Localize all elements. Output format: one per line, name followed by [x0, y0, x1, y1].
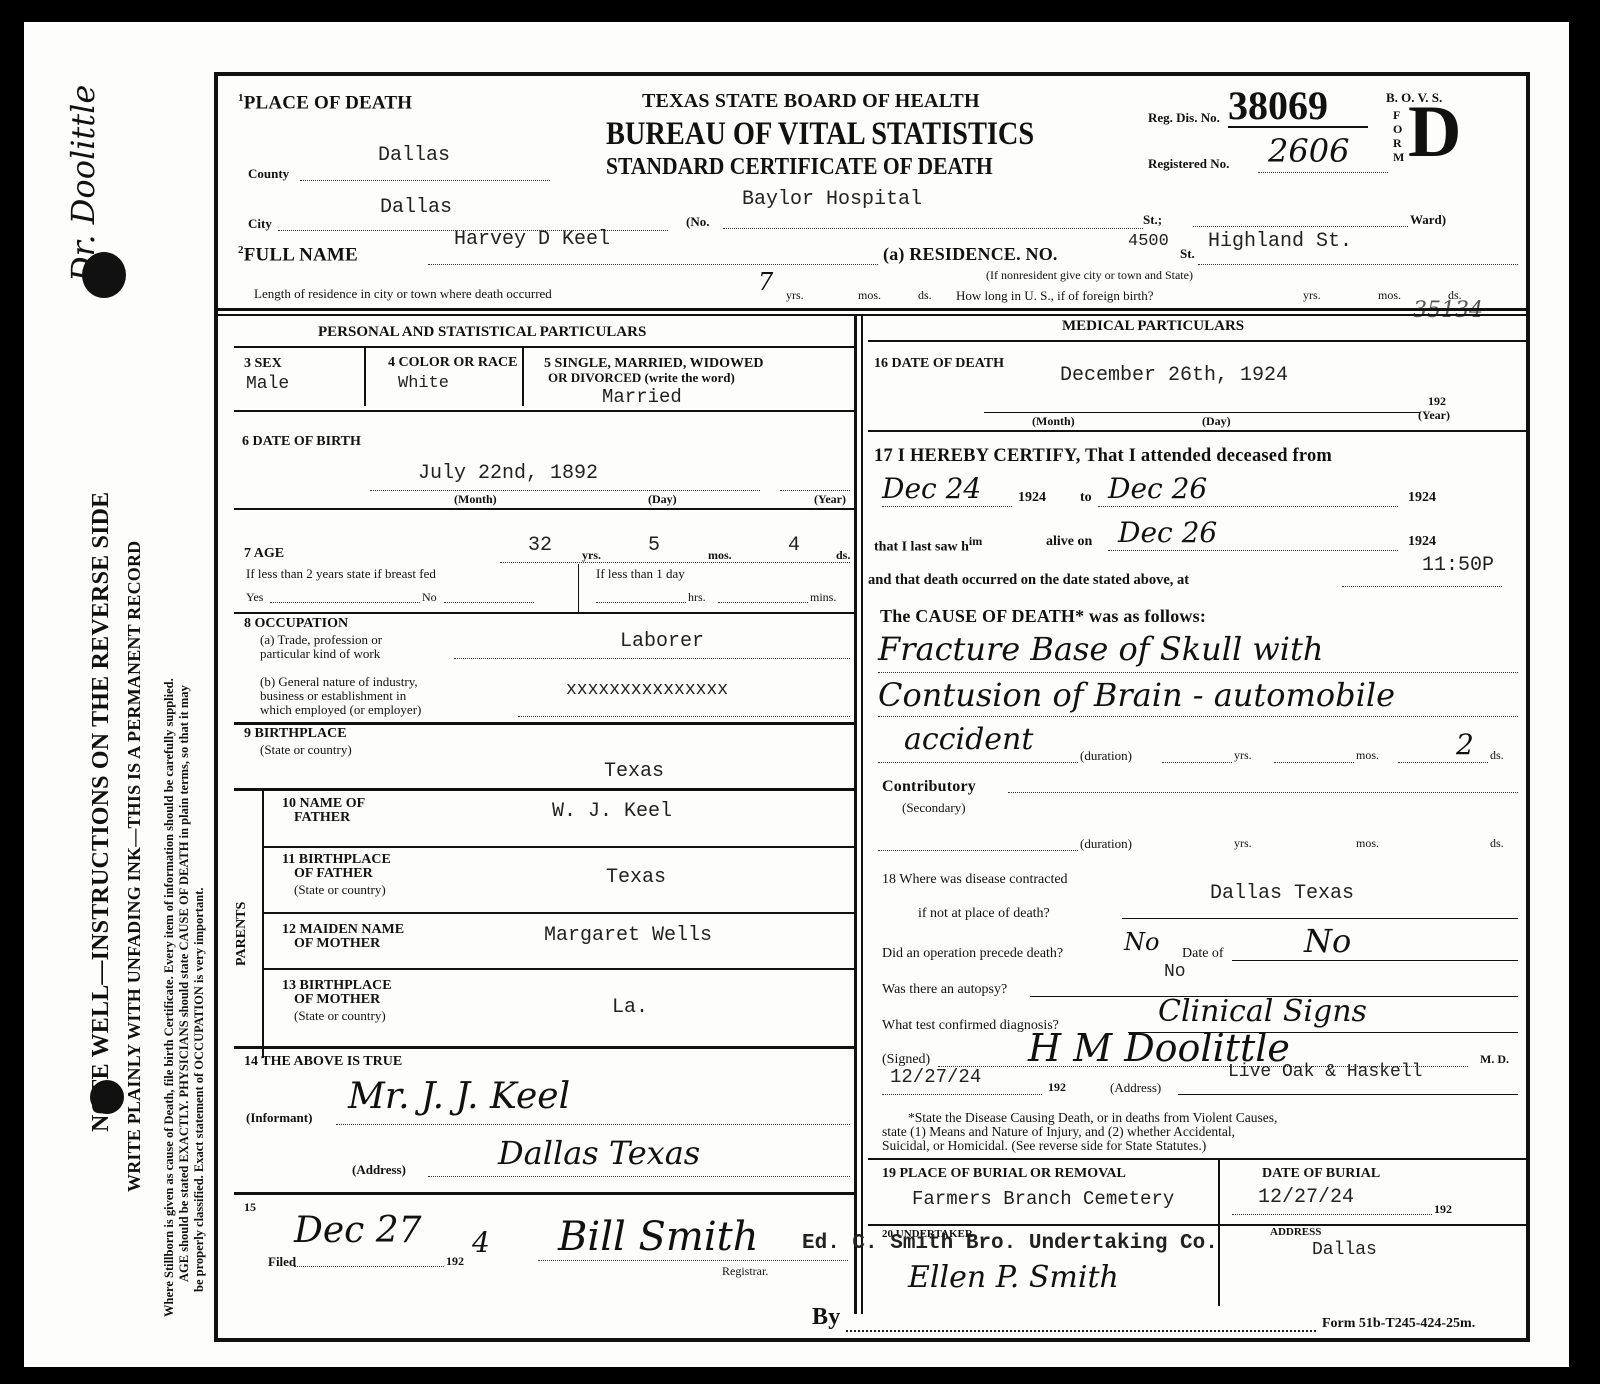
attended-to-year: 1924 [1408, 490, 1436, 506]
foreign-yrs-label: yrs. [1303, 288, 1321, 303]
breast-fed-label: If less than 2 years state if breast fed [246, 566, 436, 582]
where-contracted-label: 18 Where was disease contracted [882, 872, 1068, 888]
undertaker-address-label: ADDRESS [1270, 1226, 1321, 1238]
reg-district-label: Reg. Dis. No. [1148, 110, 1220, 126]
mother-name-value: Margaret Wells [544, 924, 712, 947]
street-no-label: (No. [686, 214, 709, 230]
margin-instructions-2: AGE should be stated EXACTLY. PHYSICIANS… [177, 685, 192, 1282]
attended-from-year: 1924 [1018, 490, 1046, 506]
burial-date-label: DATE OF BURIAL [1262, 1166, 1380, 1182]
color-label: 4 COLOR OR RACE [388, 356, 518, 370]
birthplace-label: 9 BIRTHPLACE [244, 726, 347, 742]
breast-fed-no: No [422, 590, 437, 605]
by-label: By [812, 1304, 840, 1331]
occupation-label: 8 OCCUPATION [244, 616, 348, 632]
mother-name-label-2: OF MOTHER [294, 936, 380, 952]
above-is-true-label: 14 THE ABOVE IS TRUE [244, 1054, 402, 1070]
dob-label: 6 DATE OF BIRTH [242, 434, 361, 450]
birthplace-value: Texas [604, 760, 664, 783]
attended-to-label: to [1080, 490, 1092, 506]
reg-district-number: 38069 [1228, 82, 1328, 129]
informant-address-signature: Dallas Texas [498, 1134, 700, 1172]
last-saw-date: Dec 26 [1118, 516, 1217, 549]
item-15-number: 15 [244, 1200, 256, 1215]
secondary-label: (Secondary) [902, 800, 966, 816]
physician-address-value: Live Oak & Haskell [1228, 1062, 1422, 1082]
cause-line-2: Contusion of Brain - automobile [878, 676, 1395, 714]
mother-birthplace-sublabel: (State or country) [294, 1008, 386, 1024]
duration-ds-label: ds. [1490, 748, 1504, 763]
undertaker-value: Ed. C. Smith Bro. Undertaking Co. [802, 1232, 1218, 1255]
ds-label: ds. [918, 288, 932, 303]
duration-days: 2 [1456, 728, 1474, 761]
age-years: 32 [528, 534, 552, 557]
contributory-yrs-label: yrs. [1234, 836, 1252, 851]
registered-number: 2606 [1268, 132, 1349, 170]
father-name-label-2: FATHER [294, 810, 350, 826]
where-contracted-value: Dallas Texas [1210, 882, 1354, 905]
margin-instructions-3: be properly classified. Exact statement … [192, 888, 207, 1292]
dob-year-label: (Year) [814, 492, 846, 507]
operation-label: Did an operation precede death? [882, 946, 1063, 962]
operation-date-value: No [1304, 922, 1351, 960]
medical-section-title: MEDICAL PARTICULARS [1062, 318, 1244, 335]
mother-birthplace-label-2: OF MOTHER [294, 992, 380, 1008]
marital-value: Married [602, 386, 682, 408]
signed-year-prefix: 192 [1048, 1080, 1066, 1095]
county-value: Dallas [378, 144, 450, 167]
burial-place-label: 19 PLACE OF BURIAL OR REMOVAL [882, 1166, 1126, 1182]
filed-label: Filed [268, 1254, 296, 1270]
test-confirmed-value: Clinical Signs [1158, 994, 1367, 1029]
filed-year: 4 [472, 1226, 490, 1259]
length-of-residence-label: Length of residence in city or town wher… [254, 286, 552, 302]
age-yrs-label: yrs. [582, 548, 601, 563]
dob-day-label: (Day) [648, 492, 677, 507]
institution-value: Baylor Hospital [742, 188, 922, 211]
industry-value: xxxxxxxxxxxxxxx [566, 680, 728, 700]
last-saw-label: that I last saw him [874, 534, 982, 556]
dod-month-label: (Month) [1032, 414, 1075, 429]
filed-year-prefix: 192 [446, 1254, 464, 1269]
cause-line-3: accident [904, 722, 1033, 757]
color-value: White [398, 374, 449, 393]
certify-statement: 17 I HEREBY CERTIFY, That I attended dec… [874, 446, 1332, 467]
registered-label: Registered No. [1148, 156, 1229, 172]
cause-line-1: Fracture Base of Skull with [878, 630, 1323, 668]
st-label: St.; [1143, 212, 1162, 228]
dod-day-label: (Day) [1202, 414, 1231, 429]
personal-section-title: PERSONAL AND STATISTICAL PARTICULARS [318, 324, 646, 341]
occupation-a-label-2: particular kind of work [260, 646, 380, 662]
contributory-label: Contributory [882, 778, 976, 796]
duration-mos-label: mos. [1356, 748, 1379, 763]
margin-unfading-ink: WRITE PLAINLY WITH UNFADING INK—THIS IS … [124, 541, 145, 1192]
father-birthplace-value: Texas [606, 866, 666, 889]
board-title: TEXAS STATE BOARD OF HEALTH [642, 90, 980, 113]
ward-label: Ward) [1410, 212, 1446, 228]
margin-note-well: NOTE WELL—INSTRUCTIONS ON THE REVERSE SI… [88, 492, 115, 1132]
margin-instructions-1: Where Stillborn is given as cause of Dea… [162, 678, 177, 1317]
burial-date-value: 12/27/24 [1258, 1186, 1354, 1209]
registrar-label: Registrar. [722, 1264, 768, 1279]
father-birthplace-sublabel: (State or country) [294, 882, 386, 898]
age-label: 7 AGE [244, 546, 284, 562]
date-of-death-value: December 26th, 1924 [1060, 364, 1288, 387]
age-ds-label: ds. [836, 548, 850, 563]
less-than-day-label: If less than 1 day [596, 566, 685, 582]
where-contracted-label-2: if not at place of death? [918, 906, 1050, 922]
yrs-label: yrs. [786, 288, 804, 303]
informant-address-label: (Address) [352, 1162, 406, 1178]
place-of-death-heading: 1PLACE OF DEATH [238, 92, 412, 114]
full-name-value: Harvey D Keel [454, 228, 610, 251]
county-label: County [248, 166, 289, 182]
certificate-title: STANDARD CERTIFICATE OF DEATH [606, 154, 993, 181]
certificate-form: 1PLACE OF DEATH TEXAS STATE BOARD OF HEA… [214, 72, 1530, 1342]
mos-label: mos. [858, 288, 881, 303]
foreign-mos-label: mos. [1378, 288, 1401, 303]
operation-date-label: Date of [1182, 946, 1224, 962]
burial-place-value: Farmers Branch Cemetery [912, 1188, 1174, 1210]
father-birthplace-label-2: OF FATHER [294, 866, 373, 882]
registrar-signature: Bill Smith [558, 1214, 758, 1260]
mother-birthplace-value: La. [612, 996, 648, 1019]
cause-of-death-label: The CAUSE OF DEATH* was as follows: [880, 606, 1206, 627]
form-vertical-label: FORM [1393, 108, 1405, 164]
date-of-death-label: 16 DATE OF DEATH [874, 356, 1004, 372]
marital-label-2: OR DIVORCED (write the word) [548, 370, 735, 386]
informant-label: (Informant) [246, 1110, 312, 1126]
duration-yrs-label: yrs. [1234, 748, 1252, 763]
burial-year-prefix: 192 [1434, 1202, 1452, 1217]
sex-value: Male [246, 374, 289, 394]
form-number: Form 51b-T245-424-25m. [1322, 1316, 1475, 1332]
md-label: M. D. [1480, 1052, 1509, 1067]
contributory-ds-label: ds. [1490, 836, 1504, 851]
footnote-line-3: Suicidal, or Homicidal. (See reverse sid… [882, 1138, 1206, 1154]
autopsy-value: No [1164, 962, 1186, 982]
occupation-value: Laborer [620, 630, 704, 653]
residence-st-label: St. [1180, 246, 1195, 262]
ink-blot [82, 252, 126, 298]
time-of-death: 11:50P [1422, 554, 1494, 577]
occupation-b-label-3: which employed (or employer) [260, 702, 421, 718]
operation-value: No [1124, 928, 1159, 956]
father-name-value: W. J. Keel [552, 800, 672, 823]
contributory-mos-label: mos. [1356, 836, 1379, 851]
city-label: City [248, 216, 272, 232]
length-of-residence-yrs: 7 [758, 268, 773, 296]
undertaker-signature: Ellen P. Smith [908, 1260, 1119, 1295]
hrs-label: hrs. [688, 590, 706, 605]
sex-label: 3 SEX [244, 356, 282, 372]
bureau-title: BUREAU OF VITAL STATISTICS [606, 116, 1034, 153]
undertaker-address-value: Dallas [1312, 1240, 1377, 1260]
physician-address-label: (Address) [1110, 1080, 1161, 1096]
residence-number: 4500 [1128, 232, 1169, 251]
duration-label: (duration) [1080, 748, 1132, 764]
nonresident-note: (If nonresident give city or town and St… [986, 268, 1193, 283]
mins-label: mins. [810, 590, 836, 605]
full-name-label: 2FULL NAME [238, 244, 358, 266]
informant-signature: Mr. J. J. Keel [348, 1076, 570, 1117]
city-value: Dallas [380, 196, 452, 219]
ink-blot [90, 1080, 124, 1114]
contributory-duration-label: (duration) [1080, 836, 1132, 852]
birthplace-sublabel: (State or country) [260, 742, 352, 758]
foreign-birth-label: How long in U. S., if of foreign birth? [956, 288, 1154, 304]
alive-on-label: alive on [1046, 534, 1092, 550]
dob-month-label: (Month) [454, 492, 497, 507]
death-occurred-label: and that death occurred on the date stat… [868, 572, 1189, 589]
age-months: 5 [648, 534, 660, 557]
residence-street: Highland St. [1208, 230, 1352, 253]
last-saw-year: 1924 [1408, 534, 1436, 550]
parents-side-label: PARENTS [234, 902, 250, 966]
breast-fed-yes: Yes [246, 590, 263, 605]
dob-value: July 22nd, 1892 [418, 462, 598, 485]
attended-from-date: Dec 24 [882, 472, 981, 505]
age-mos-label: mos. [708, 548, 732, 563]
dod-year-prefix: 192 [1428, 394, 1446, 409]
attended-to-date: Dec 26 [1108, 472, 1207, 505]
form-letter: D [1408, 94, 1461, 170]
filed-date: Dec 27 [294, 1210, 422, 1251]
autopsy-label: Was there an autopsy? [882, 982, 1007, 998]
residence-label: (a) RESIDENCE. NO. [883, 244, 1058, 265]
dod-year-label: (Year) [1418, 408, 1450, 423]
signed-date: 12/27/24 [890, 1066, 981, 1088]
age-days: 4 [788, 534, 800, 557]
